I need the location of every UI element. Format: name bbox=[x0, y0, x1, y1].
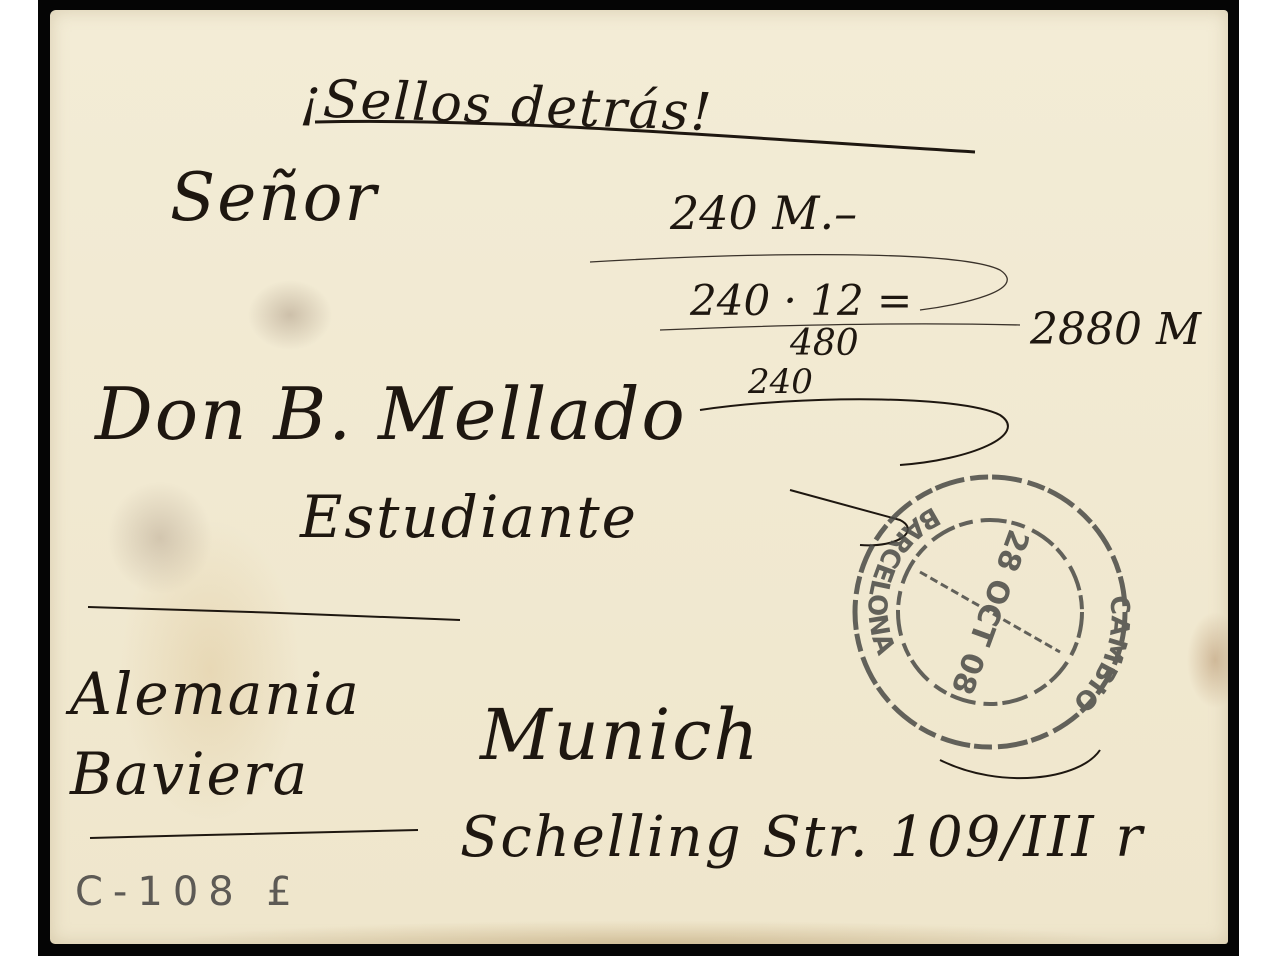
address-street: Schelling Str. 109/III r bbox=[460, 810, 1144, 866]
calc-line-3: 480 bbox=[790, 326, 859, 362]
catalog-reference: C-108 £ bbox=[75, 872, 302, 912]
addressee-occupation: Estudiante bbox=[300, 488, 638, 546]
address-city: Munich bbox=[480, 700, 761, 770]
address-region: Baviera bbox=[70, 745, 309, 803]
calc-line-2: 240 · 12 = bbox=[690, 280, 912, 322]
address-country: Alemania bbox=[70, 665, 361, 723]
salutation: Señor bbox=[170, 165, 378, 231]
calc-line-4: 240 bbox=[748, 365, 813, 399]
calc-line-1: 240 M.– bbox=[670, 190, 857, 236]
note-stamps-on-back: ¡Sellos detrás! bbox=[299, 73, 714, 139]
addressee-name: Don B. Mellado bbox=[95, 378, 687, 450]
calc-total: 2880 M bbox=[1030, 308, 1201, 352]
